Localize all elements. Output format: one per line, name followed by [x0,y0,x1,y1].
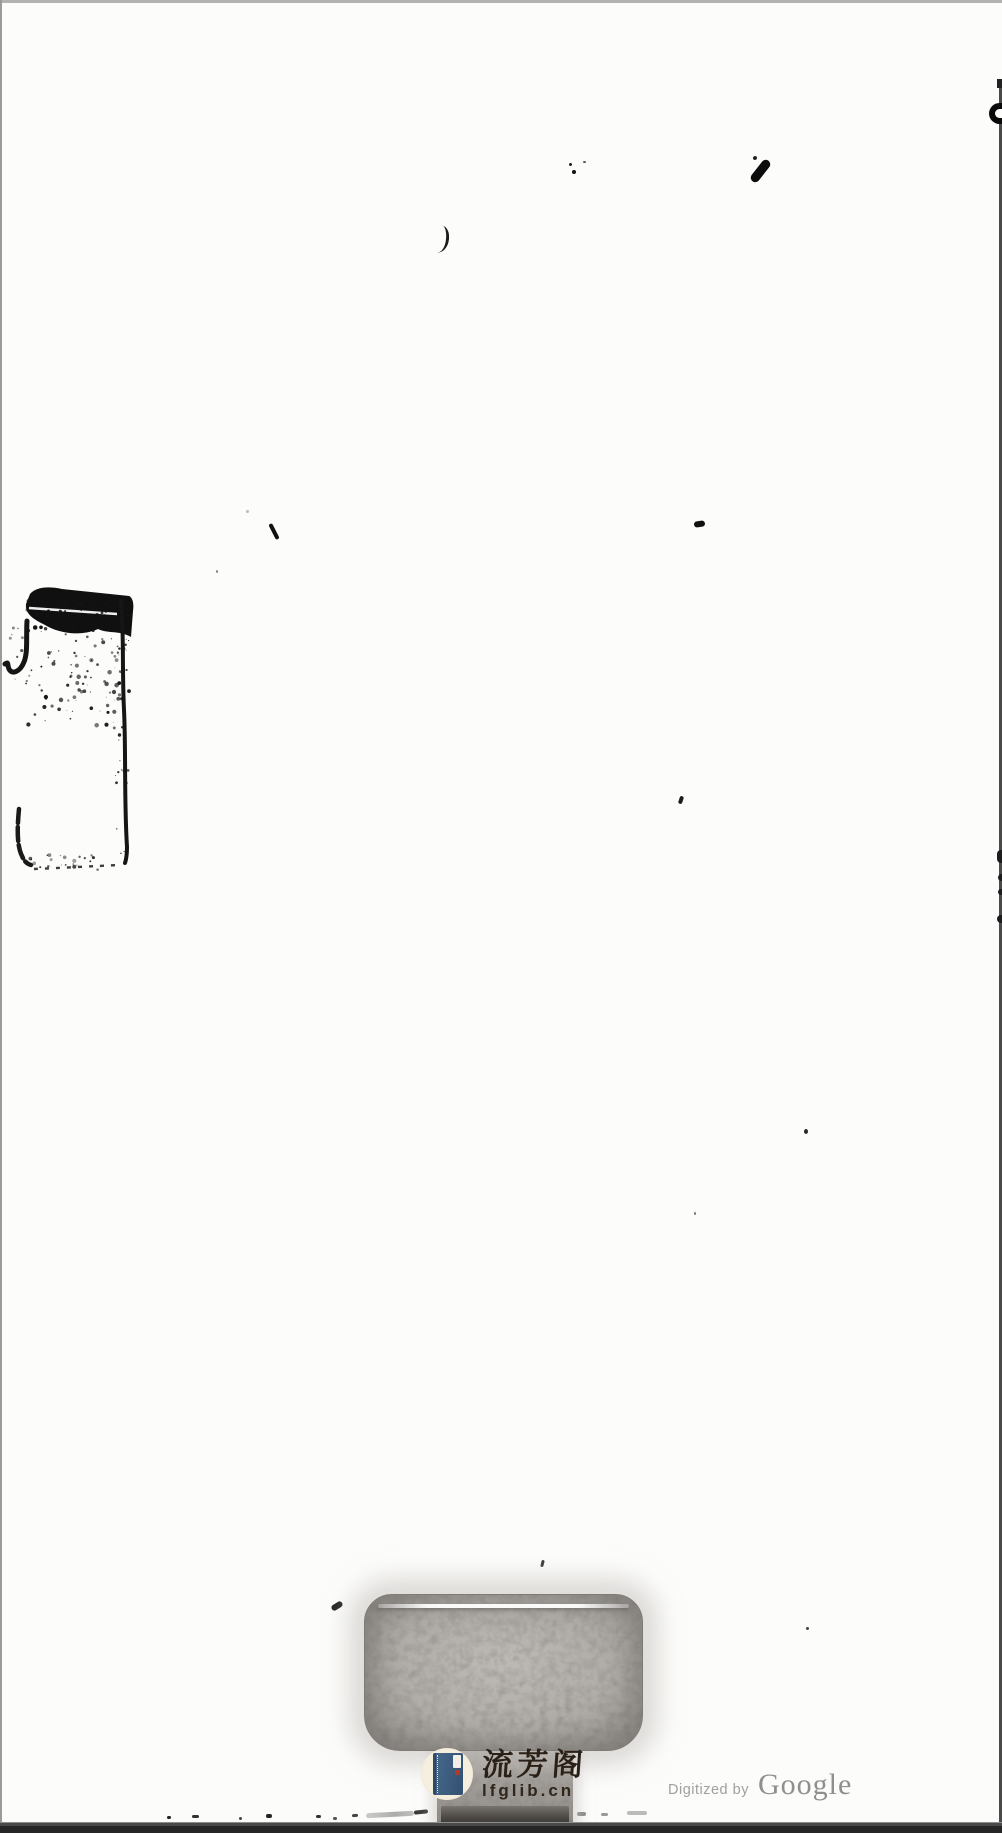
ink-stamp-smudge [0,585,140,885]
ink-speck [330,1600,343,1611]
metal-texture [365,1595,642,1750]
ink-speck [997,850,1002,863]
traditional-book-icon [433,1753,463,1795]
scanned-page: 流芳阁 lfglib.cn Digitized by Google [0,0,1002,1833]
book-seal-icon [455,1770,460,1775]
google-logo: Google [758,1768,852,1802]
ink-smudge [366,1811,414,1819]
ink-speck [266,1814,272,1818]
ink-speck [678,796,684,805]
ink-speck [414,1809,428,1814]
ink-speck [569,163,572,166]
scan-edge-top [0,0,1002,3]
ink-speck [997,79,1002,88]
ink-blot [749,158,772,184]
ink-speck [601,1813,608,1816]
ink-speck [246,510,249,513]
watermark-text: 流芳阁 lfglib.cn [482,1748,587,1800]
ink-speck [239,1817,242,1820]
ink-speck [997,915,1002,923]
watermark-logo-circle [421,1748,473,1800]
watermark-site-name: 流芳阁 [481,1748,588,1782]
credit-prefix-label: Digitized by [668,1782,749,1798]
ink-speck [352,1814,358,1818]
scan-edge-left [0,0,2,1833]
scan-edge-bottom [0,1822,1002,1833]
ink-speck [804,1129,808,1134]
ink-smudge [627,1811,647,1815]
ink-speck [806,1627,809,1630]
book-stitch-detail [437,1755,438,1793]
site-watermark: 流芳阁 lfglib.cn [421,1748,587,1800]
ink-speck [583,161,586,163]
watermark-site-url: lfglib.cn [482,1782,587,1800]
ink-stroke [268,523,279,540]
ink-curve-mark [437,226,450,254]
ink-speck [998,889,1002,895]
ink-speck [316,1815,321,1818]
ink-speck [694,1212,696,1215]
ink-speck [167,1816,171,1819]
ink-speck [998,874,1002,881]
metal-clip-body [364,1594,643,1751]
clip-highlight-line [378,1604,629,1608]
ink-speck [540,1560,545,1568]
ink-speck [572,170,576,174]
ink-dash [694,520,706,527]
ink-speck [752,155,757,160]
digitized-by-credit: Digitized by Google [668,1768,852,1802]
ink-speck [216,570,218,573]
ink-speck [333,1817,337,1820]
ink-blot-right-edge [989,103,1002,124]
book-title-label [453,1755,461,1768]
ink-speck [577,1812,586,1816]
ink-speck [192,1815,199,1818]
